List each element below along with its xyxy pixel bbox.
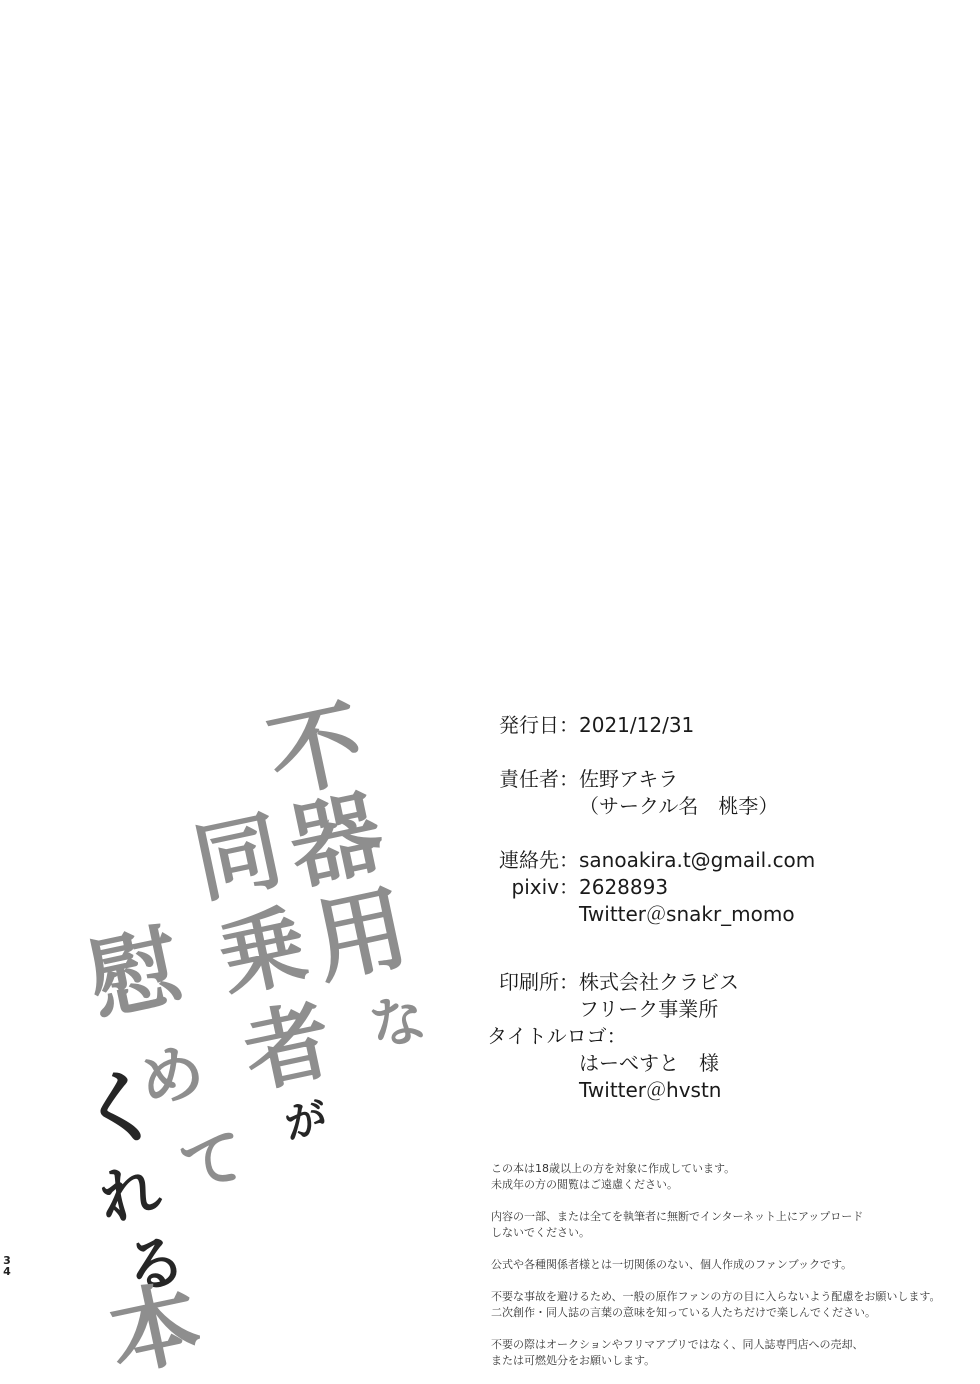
printer-row: 印刷所： 株式会社クラビス [487,969,815,996]
publish-date-value: 2021/12/31 [579,712,694,739]
title-char: 用 [306,881,415,990]
circle-name: （サークル名 桃李） [579,793,778,820]
title-logo-credit-row: タイトルロゴ： [487,1023,815,1050]
title-char: が [281,1096,331,1146]
title-char: く [73,1063,168,1158]
title-logo-credit-label: タイトルロゴ： [487,1023,627,1050]
printer-row-2: フリーク事業所 [487,996,815,1023]
notice-unofficial: 公式や各種関係者様とは一切関係のない、個人作成のファンブックです。 [491,1257,940,1273]
pixiv-row: pixiv： 2628893 [487,874,815,901]
twitter-handle: Twitter＠snakr_momo [579,901,795,928]
contact-label: 連絡先： [487,847,579,874]
title-logo: 不 器 用 な 同 乗 者 が 慰 め て く れ る 本 [80,705,460,1375]
pixiv-label: pixiv： [487,874,579,901]
colophon: 発行日： 2021/12/31 責任者： 佐野アキラ （サークル名 桃李） 連絡… [487,712,815,1104]
title-char: て [174,1124,250,1200]
title-char: れ [94,1159,165,1230]
responsible-value: 佐野アキラ [579,766,678,793]
title-logo-credit-twitter-row: Twitter＠hvstn [487,1077,815,1104]
pixiv-id: 2628893 [579,874,668,901]
title-logo-credit-name-row: はーべすと 様 [487,1050,815,1077]
title-char: 同 [187,807,289,909]
notice-age: この本は18歳以上の方を対象に作成しています。 未成年の方の閲覧はご遠慮ください… [491,1161,940,1193]
circle-row: （サークル名 桃李） [487,793,815,820]
title-char: 乗 [212,902,314,1004]
printer-label: 印刷所： [487,969,579,996]
title-logo-credit-twitter: Twitter＠hvstn [579,1077,721,1104]
title-char: 慰 [82,922,189,1029]
title-char: 者 [237,997,339,1099]
responsible-row: 責任者： 佐野アキラ [487,766,815,793]
notice-disposal: 不要の際はオークションやフリマアプリではなく、同人誌専門店への売却、 または可燃… [491,1337,940,1369]
printer-office: フリーク事業所 [579,996,718,1023]
title-char: 本 [102,1277,209,1384]
printer-value: 株式会社クラビス [579,969,739,996]
page-number: 34 [2,1255,12,1277]
contact-row: 連絡先： sanoakira.t@gmail.com [487,847,815,874]
notice-consideration: 不要な事故を避けるため、一般の原作ファンの方の目に入らないよう配慮をお願いします… [491,1289,940,1321]
responsible-label: 責任者： [487,766,579,793]
title-char: な [365,990,430,1055]
publish-date-label: 発行日： [487,712,579,739]
title-logo-credit-name: はーべすと 様 [579,1050,719,1077]
notices: この本は18歳以上の方を対象に作成しています。 未成年の方の閲覧はご遠慮ください… [491,1161,940,1384]
twitter-row: Twitter＠snakr_momo [487,901,815,928]
notice-upload: 内容の一部、または全てを執筆者に無断でインターネット上にアップロード しないでく… [491,1209,940,1241]
publish-date-row: 発行日： 2021/12/31 [487,712,815,739]
contact-email[interactable]: sanoakira.t@gmail.com [579,847,815,874]
